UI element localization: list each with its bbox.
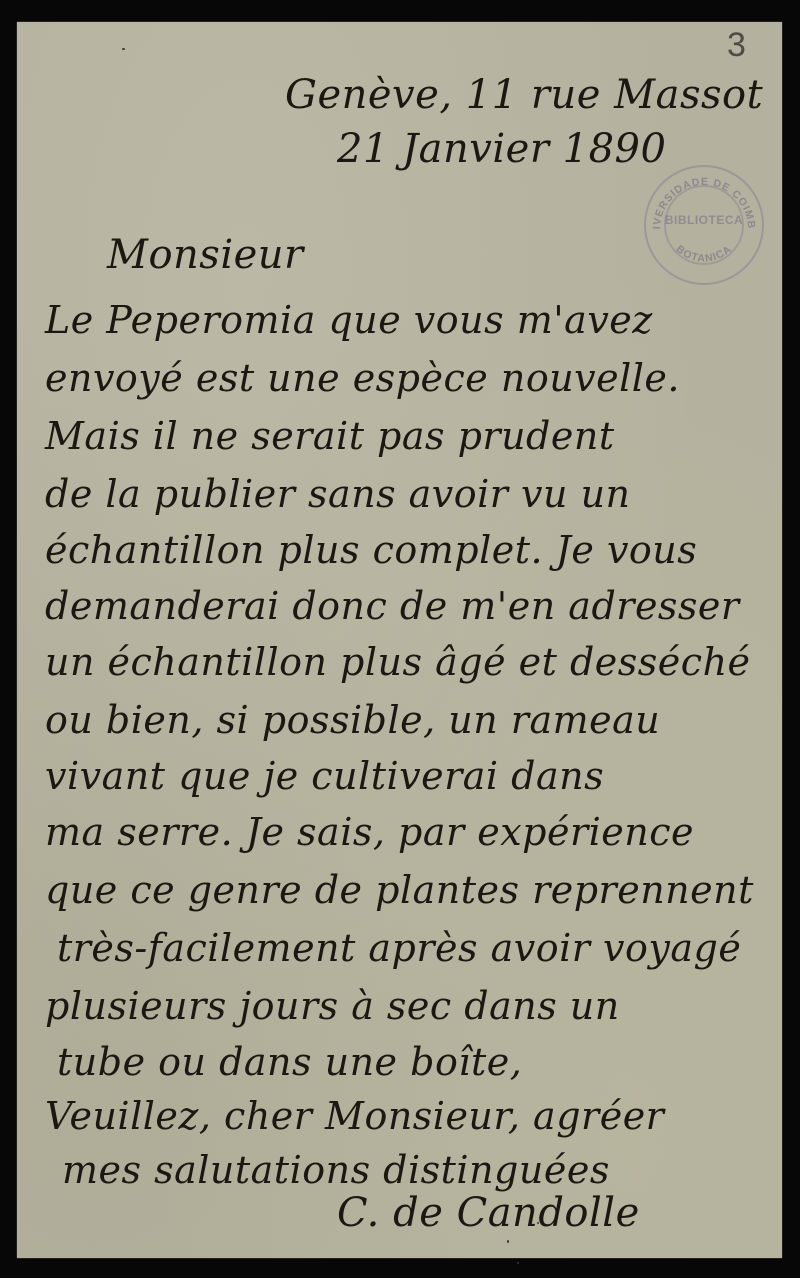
body-line: Le Peperomia que vous m'avez <box>45 298 653 342</box>
stamp-center-text: BIBLIOTECA <box>646 213 762 227</box>
paper-speck <box>537 1222 539 1224</box>
body-line: demanderai donc de m'en adresser <box>45 584 740 628</box>
signature: C. de Candolle <box>337 1190 640 1236</box>
body-line: de la publier sans avoir vu un <box>45 472 631 516</box>
body-line: ma serre. Je sais, par expérience <box>45 810 694 854</box>
body-line: vivant que je cultiverai dans <box>45 754 604 798</box>
paper-speck <box>507 1240 509 1243</box>
paper-speck <box>517 1262 519 1264</box>
body-line: tube ou dans une boîte, <box>57 1040 522 1084</box>
body-line: échantillon plus complet. Je vous <box>45 528 697 572</box>
paper-speck <box>122 48 125 50</box>
folio-number: 3 <box>727 26 746 65</box>
closing-line: Veuillez, cher Monsieur, agréer <box>45 1094 664 1138</box>
closing-line: mes salutations distinguées <box>62 1148 610 1192</box>
letter-address: Genève, 11 rue Massot <box>285 72 763 118</box>
body-line: très-facilement après avoir voyagé <box>57 926 741 970</box>
body-line: plusieurs jours à sec dans un <box>45 984 620 1028</box>
letter-date: 21 Janvier 1890 <box>337 126 666 172</box>
letter-salutation: Monsieur <box>107 232 304 278</box>
letter-page: 3 Genève, 11 rue Massot 21 Janvier 1890 … <box>17 22 782 1258</box>
body-line: envoyé est une espèce nouvelle. <box>45 356 680 400</box>
body-line: Mais il ne serait pas prudent <box>45 414 615 458</box>
body-line: que ce genre de plantes reprennent <box>45 868 754 912</box>
body-line: un échantillon plus âgé et desséché <box>45 640 751 684</box>
library-stamp: UNIVERSIDADE DE COIMBRA BOTANICA BIBLIOT… <box>644 165 764 285</box>
body-line: ou bien, si possible, un rameau <box>45 698 660 742</box>
